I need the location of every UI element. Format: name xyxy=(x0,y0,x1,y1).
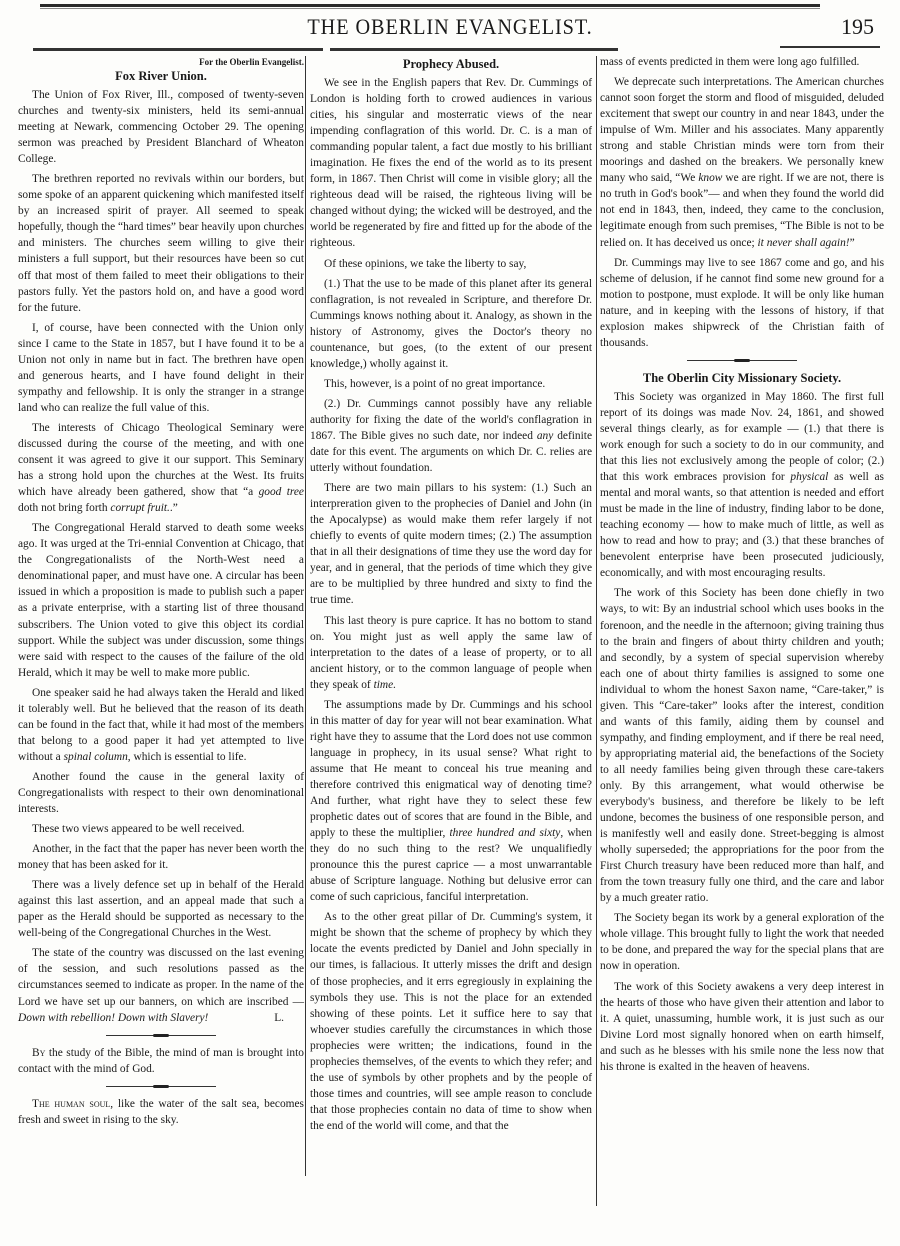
top-border-rule xyxy=(40,4,820,7)
emphasis: any xyxy=(537,430,553,442)
column-divider-1 xyxy=(305,56,306,1176)
paragraph: The brethren reported no revivals within… xyxy=(18,171,304,315)
filler-paragraph: The human soul, like the water of the sa… xyxy=(18,1096,304,1128)
section-divider xyxy=(687,360,797,361)
emphasis: three hundred and sixty xyxy=(449,827,560,839)
column-right: mass of events predicted in them were lo… xyxy=(600,54,884,1079)
article-byline: For the Oberlin Evangelist. xyxy=(18,56,304,68)
paragraph: The state of the country was discussed o… xyxy=(18,945,304,1025)
emphasis: good tree xyxy=(259,486,304,498)
paragraph: Another, in the fact that the paper has … xyxy=(18,841,304,873)
emphasis: physical xyxy=(790,471,828,483)
article-heading-fox-river-union: Fox River Union. xyxy=(18,68,304,84)
paragraph: Of these opinions, we take the liberty t… xyxy=(310,256,592,272)
paragraph: The Union of Fox River, Ill., composed o… xyxy=(18,87,304,167)
paragraph: The Society began its work by a general … xyxy=(600,910,884,974)
paragraph: Dr. Cummings may live to see 1867 come a… xyxy=(600,255,884,351)
text: ” xyxy=(850,237,855,249)
text: This Society was organized in May 1860. … xyxy=(600,391,884,483)
emphasis: spinal column xyxy=(64,751,128,763)
filler-paragraph: By the study of the Bible, the mind of m… xyxy=(18,1045,304,1077)
paragraph: The work of this Society has been done c… xyxy=(600,585,884,906)
header-rule-right xyxy=(780,46,880,48)
text: .” xyxy=(170,502,178,514)
lead-in: By xyxy=(32,1047,45,1059)
text: , which is essential to life. xyxy=(128,751,247,763)
text: The assumptions made by Dr. Cummings and… xyxy=(310,699,592,839)
paragraph: As to the other great pillar of Dr. Cumm… xyxy=(310,909,592,1134)
page-number: 195 xyxy=(841,14,874,40)
text: the study of the Bible, the mind of man … xyxy=(18,1047,304,1075)
top-border-thin-rule xyxy=(40,8,820,9)
paragraph: The Congregational Herald starved to dea… xyxy=(18,520,304,680)
emphasis: know xyxy=(698,172,722,184)
emphasis: corrupt fruit. xyxy=(110,502,170,514)
paragraph: We see in the English papers that Rev. D… xyxy=(310,75,592,252)
paragraph: There are two main pillars to his system… xyxy=(310,480,592,608)
text: The state of the country was discussed o… xyxy=(18,947,304,1007)
section-divider xyxy=(106,1035,216,1036)
paragraph: One speaker said he had always taken the… xyxy=(18,685,304,765)
paragraph: This last theory is pure caprice. It has… xyxy=(310,613,592,693)
emphasis: Down with rebellion! Down with Slavery! xyxy=(18,1012,208,1024)
paragraph-continued: mass of events predicted in them were lo… xyxy=(600,54,884,70)
column-middle: Prophecy Abused. We see in the English p… xyxy=(310,56,592,1138)
paragraph: I, of course, have been connected with t… xyxy=(18,320,304,416)
text: doth not bring forth xyxy=(18,502,110,514)
author-signature: L. xyxy=(260,1010,284,1026)
lead-in: The human soul xyxy=(32,1098,110,1110)
text: This last theory is pure caprice. It has… xyxy=(310,615,592,691)
paragraph: The interests of Chicago Theological Sem… xyxy=(18,420,304,516)
column-divider-2 xyxy=(596,56,597,1206)
emphasis: time. xyxy=(374,679,396,691)
newspaper-title: THE OBERLIN EVANGELIST. xyxy=(36,14,864,40)
section-divider xyxy=(106,1086,216,1087)
text: as well as mental and moral wants, so th… xyxy=(600,471,884,579)
paragraph: The assumptions made by Dr. Cummings and… xyxy=(310,697,592,906)
paragraph: We deprecate such interpretations. The A… xyxy=(600,74,884,251)
article-heading-prophecy-abused: Prophecy Abused. xyxy=(310,56,592,72)
paragraph: This, however, is a point of no great im… xyxy=(310,376,592,392)
article-heading-missionary-society: The Oberlin City Missionary Society. xyxy=(600,370,884,386)
column-left: For the Oberlin Evangelist. Fox River Un… xyxy=(18,56,304,1132)
emphasis: it never shall again! xyxy=(758,237,850,249)
masthead: THE OBERLIN EVANGELIST. 195 xyxy=(0,14,900,44)
text: We deprecate such interpretations. The A… xyxy=(600,76,884,184)
paragraph: The work of this Society awakens a very … xyxy=(600,979,884,1075)
paragraph: (1.) That the use to be made of this pla… xyxy=(310,276,592,372)
paragraph: This Society was organized in May 1860. … xyxy=(600,389,884,582)
paragraph: There was a lively defence set up in beh… xyxy=(18,877,304,941)
paragraph: (2.) Dr. Cummings cannot possibly have a… xyxy=(310,396,592,476)
header-rule-left xyxy=(33,48,323,51)
paragraph: These two views appeared to be well rece… xyxy=(18,821,304,837)
paragraph: Another found the cause in the general l… xyxy=(18,769,304,817)
header-rule-middle xyxy=(330,48,618,51)
